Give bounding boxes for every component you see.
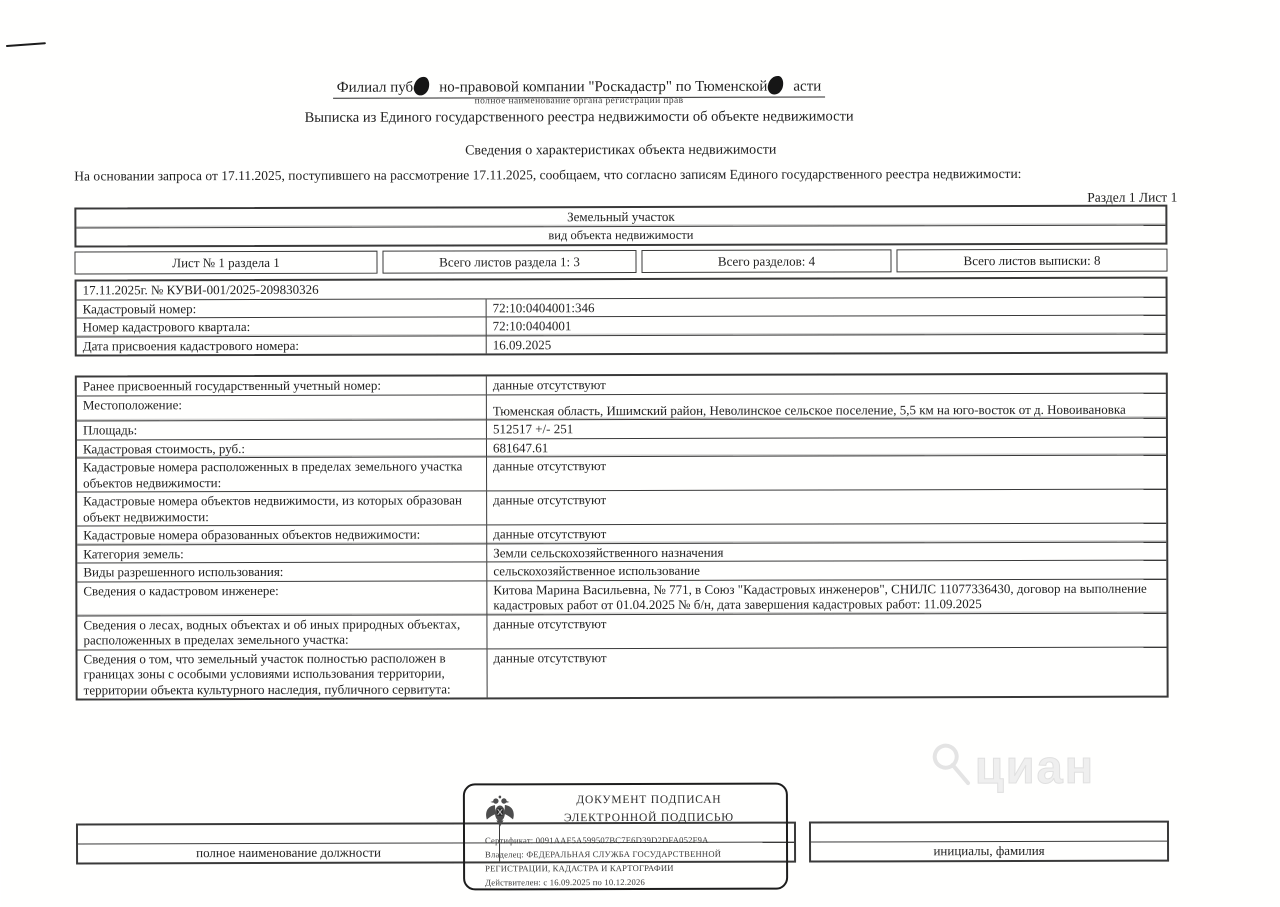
stamp-certificate: Сертификат: 0091AAF5A599507BC7E6D39D2DFA… bbox=[485, 834, 780, 848]
row-label: Сведения о лесах, водных объектах и об и… bbox=[77, 615, 487, 649]
stamp-owner-line2: РЕГИСТРАЦИИ, КАДАСТРА И КАРТОГРАФИИ bbox=[485, 862, 780, 876]
ink-blot-icon bbox=[413, 76, 431, 97]
position-caption: полное наименование должности bbox=[78, 843, 500, 862]
details-table: Ранее присвоенный государственный учетны… bbox=[75, 373, 1169, 701]
signature-table-right: инициалы, фамилия bbox=[809, 821, 1169, 863]
row-value: 72:10:0404001:346 bbox=[487, 297, 1166, 316]
site-watermark: циан bbox=[929, 735, 1189, 798]
row-value: данные отсутствуют bbox=[487, 613, 1166, 648]
org-name-part1: Филиал пуб bbox=[337, 80, 413, 96]
org-name-part2: но-правовой компании "Роскадастр" по Тюм… bbox=[439, 79, 767, 96]
watermark-text: циан bbox=[975, 738, 1095, 793]
kuvi-number-line: 17.11.2025г. № КУВИ-001/2025-209830326 bbox=[77, 279, 1166, 299]
row-value: 72:10:0404001 bbox=[487, 316, 1166, 335]
map-pin-icon bbox=[922, 735, 976, 797]
position-signature-space bbox=[78, 824, 500, 843]
row-label: Виды разрешенного использования: bbox=[77, 562, 487, 581]
row-label: Кадастровый номер: bbox=[77, 299, 487, 318]
stamp-title-line1: ДОКУМЕНТ ПОДПИСАН bbox=[520, 794, 778, 807]
coat-of-arms-eagle-icon bbox=[482, 792, 518, 830]
row-label: Кадастровые номера объектов недвижимости… bbox=[77, 491, 487, 525]
sheet-number-cell: Лист № 1 раздела 1 bbox=[74, 251, 377, 275]
sheet-counters-row: Лист № 1 раздела 1 Всего листов раздела … bbox=[74, 249, 1167, 275]
row-value: Земли сельскохозяйственного назначения bbox=[487, 542, 1166, 561]
row-label: Категория земель: bbox=[77, 544, 487, 563]
scan-corner-mark bbox=[6, 42, 46, 47]
object-type-caption: вид объекта недвижимости bbox=[76, 225, 1165, 245]
electronic-signature-stamp: ДОКУМЕНТ ПОДПИСАН ЭЛЕКТРОННОЙ ПОДПИСЬЮ С… bbox=[463, 783, 788, 891]
initials-space bbox=[811, 823, 1167, 842]
object-type-value: Земельный участок bbox=[76, 207, 1165, 227]
stamp-validity: Действителен: с 16.09.2025 по 10.12.2026 bbox=[485, 876, 780, 890]
row-label: Кадастровые номера расположенных в преде… bbox=[77, 457, 487, 491]
extract-sheets-total-cell: Всего листов выписки: 8 bbox=[896, 249, 1167, 273]
org-caption: полное наименование органа регистрации п… bbox=[0, 95, 1159, 108]
row-label: Сведения о том, что земельный участок по… bbox=[78, 649, 488, 699]
row-value: 16.09.2025 bbox=[487, 334, 1166, 353]
identification-table: 17.11.2025г. № КУВИ-001/2025-209830326 К… bbox=[75, 277, 1168, 357]
section-sheets-total-cell: Всего листов раздела 1: 3 bbox=[382, 250, 636, 274]
object-type-table: Земельный участок вид объекта недвижимос… bbox=[74, 205, 1167, 248]
row-label: Сведения о кадастровом инженере: bbox=[77, 581, 487, 615]
row-value: сельскохозяйственное использование bbox=[487, 561, 1166, 580]
row-value: Китова Марина Васильевна, № 771, в Союз … bbox=[487, 579, 1166, 614]
row-label: Кадастровая стоимость, руб.: bbox=[77, 439, 487, 458]
row-value: данные отсутствуют bbox=[487, 490, 1166, 525]
row-label: Дата присвоения кадастрового номера: bbox=[77, 336, 487, 355]
section-title: Сведения о характеристиках объекта недви… bbox=[74, 142, 1167, 161]
row-value: данные отсутствуют bbox=[487, 456, 1166, 491]
row-value: данные отсутствуют bbox=[487, 375, 1166, 394]
row-value: 681647.61 bbox=[487, 437, 1166, 456]
ink-blot-icon bbox=[767, 75, 785, 96]
stamp-owner-line1: Владелец: ФЕДЕРАЛЬНАЯ СЛУЖБА ГОСУДАРСТВЕ… bbox=[485, 848, 780, 862]
row-value: 512517 +/- 251 bbox=[487, 419, 1166, 438]
document-title: Выписка из Единого государственного реес… bbox=[0, 108, 1159, 128]
row-label: Кадастровые номера образованных объектов… bbox=[77, 525, 487, 544]
request-basis-line: На основании запроса от 17.11.2025, пост… bbox=[74, 166, 1194, 185]
sections-total-cell: Всего разделов: 4 bbox=[641, 249, 891, 273]
row-value: Тюменская область, Ишимский район, Невол… bbox=[487, 393, 1166, 419]
document-page: Филиал пубно-правовой компании "Роскадас… bbox=[0, 0, 1280, 907]
row-label: Номер кадастрового квартала: bbox=[77, 317, 487, 336]
row-value: данные отсутствуют bbox=[488, 647, 1167, 697]
row-label: Местоположение: bbox=[77, 395, 487, 421]
row-value: данные отсутствуют bbox=[487, 524, 1166, 543]
stamp-title-line2: ЭЛЕКТРОННОЙ ПОДПИСЬЮ bbox=[520, 812, 778, 825]
org-name-part3: асти bbox=[793, 79, 821, 95]
row-label: Ранее присвоенный государственный учетны… bbox=[77, 376, 487, 395]
row-label: Площадь: bbox=[77, 420, 487, 439]
initials-caption: инициалы, фамилия bbox=[811, 841, 1167, 861]
